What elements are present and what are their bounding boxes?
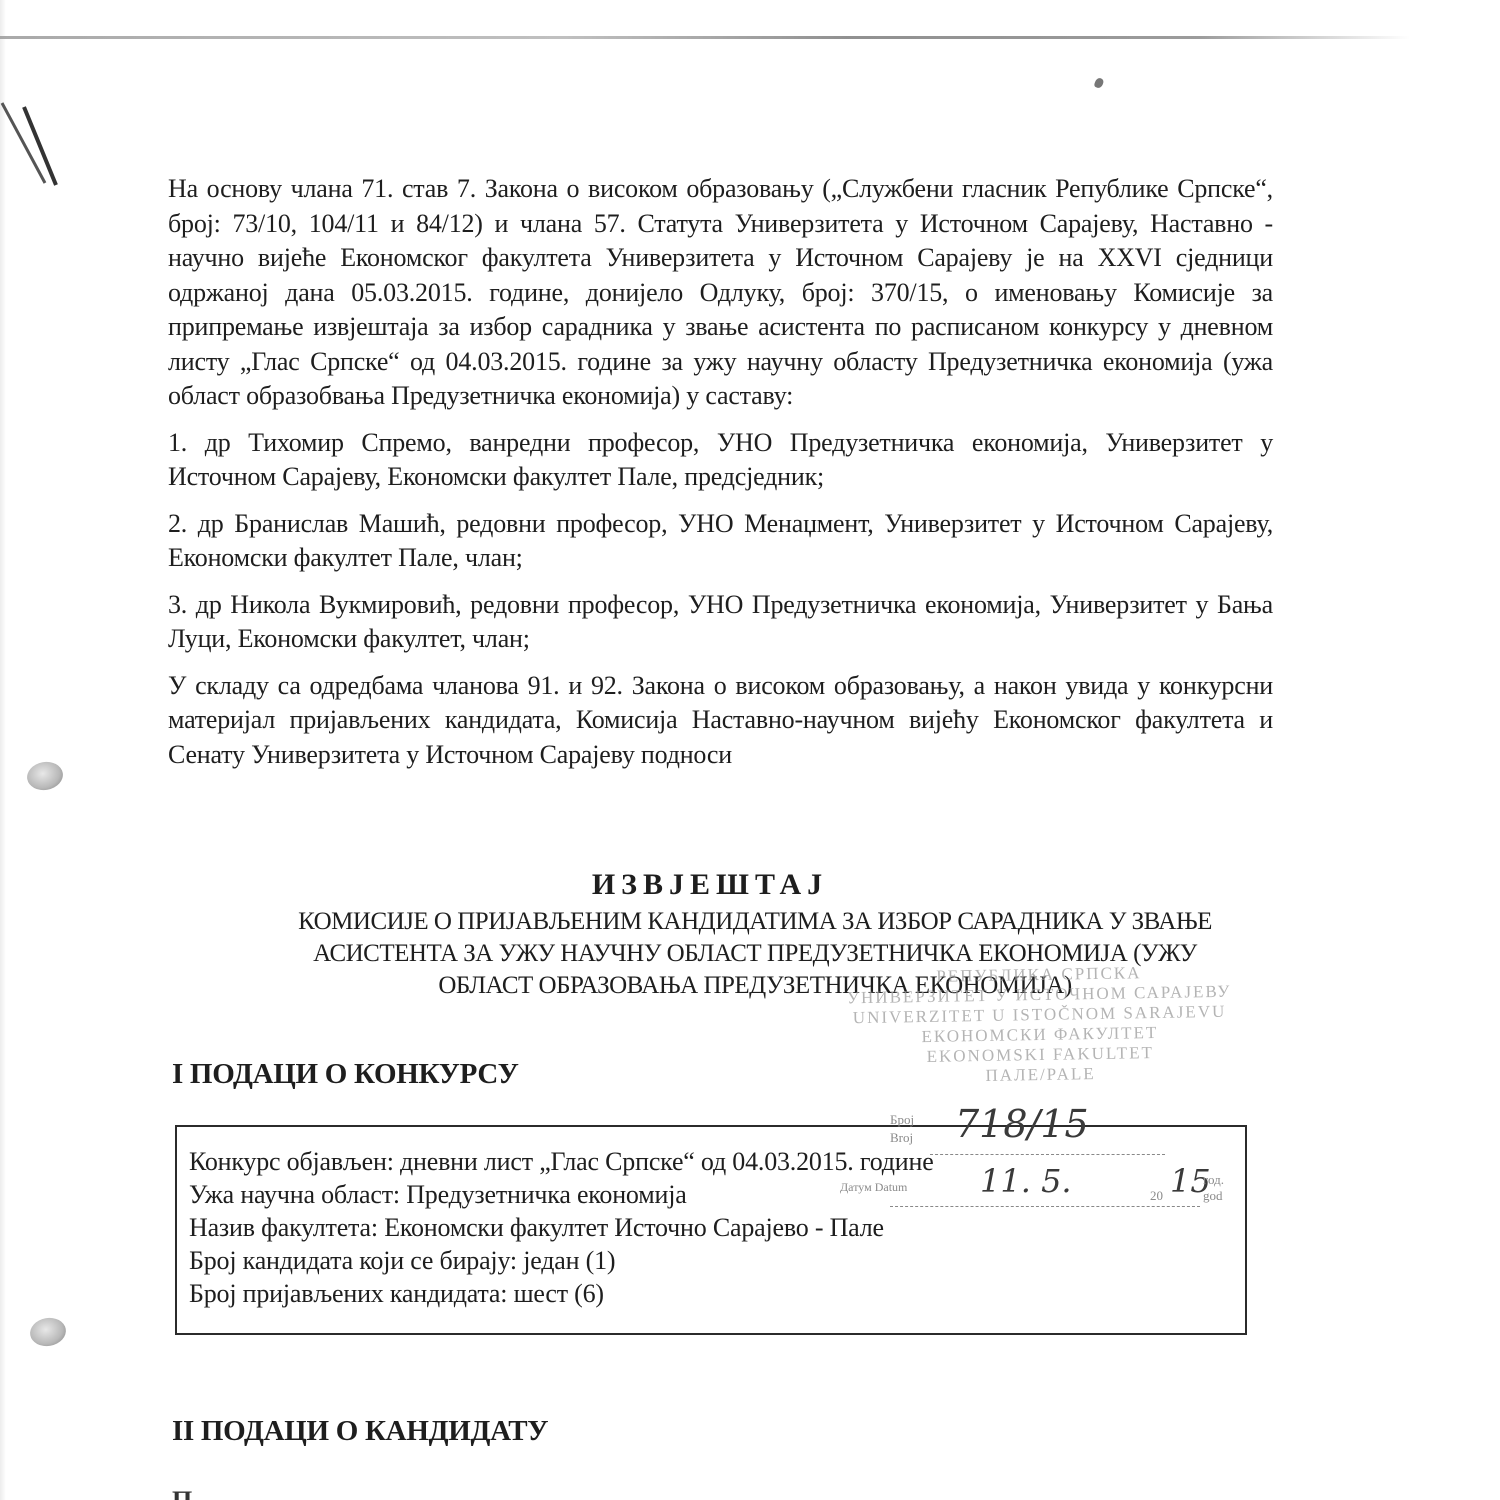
committee-member: 1. др Тихомир Спремо, ванредни професор,…	[168, 426, 1273, 495]
datum-label: Датум Datum	[840, 1180, 907, 1195]
section-heading-candidate: II ПОДАЦИ О КАНДИДАТУ	[172, 1415, 548, 1448]
scan-artifact-mark	[1094, 77, 1105, 89]
broj-label-latin: Broj	[890, 1130, 913, 1146]
committee-member: 2. др Бранислав Машић, редовни професор,…	[168, 507, 1273, 576]
handwritten-mark-icon	[0, 95, 70, 195]
scan-artifact-line	[0, 36, 1410, 39]
institution-stamp: РЕПУБЛИКА СРПСКА УНИВЕРЗИТЕТ У ИСТОЧНОМ …	[839, 962, 1242, 1119]
info-positions: Број кандидата који се бирају: један (1)	[189, 1244, 1245, 1277]
cut-off-text: П	[172, 1488, 192, 1500]
registry-number: 718/15	[955, 1102, 1089, 1146]
year-prefix: 20	[1150, 1188, 1163, 1204]
broj-label: Број	[890, 1112, 914, 1128]
registry-stamp: Број Broj 718/15 Датум Datum 11. 5. 20 1…	[885, 1110, 1235, 1230]
intro-paragraph: На основу члана 71. став 7. Закона о вис…	[168, 172, 1273, 414]
report-title: ИЗВЈЕШТАЈ	[0, 868, 1420, 902]
broj-line	[930, 1154, 1165, 1155]
registry-date: 11. 5.	[980, 1162, 1072, 1200]
punch-hole-icon	[28, 1315, 68, 1349]
document-body: На основу члана 71. став 7. Закона о вис…	[168, 172, 1273, 772]
committee-member: 3. др Никола Вукмировић, редовни професо…	[168, 588, 1273, 657]
info-applicants: Број пријављених кандидата: шест (6)	[189, 1277, 1245, 1310]
god-label: год. god	[1203, 1172, 1233, 1204]
report-subtitle-line: КОМИСИЈЕ О ПРИЈАВЉЕНИМ КАНДИДАТИМА ЗА ИЗ…	[235, 906, 1275, 938]
closing-paragraph: У складу са одредбама чланова 91. и 92. …	[168, 669, 1273, 773]
scan-left-edge	[0, 0, 6, 1500]
punch-hole-icon	[25, 759, 65, 793]
datum-line	[890, 1206, 1200, 1207]
section-heading-competition: I ПОДАЦИ О КОНКУРСУ	[172, 1058, 519, 1091]
